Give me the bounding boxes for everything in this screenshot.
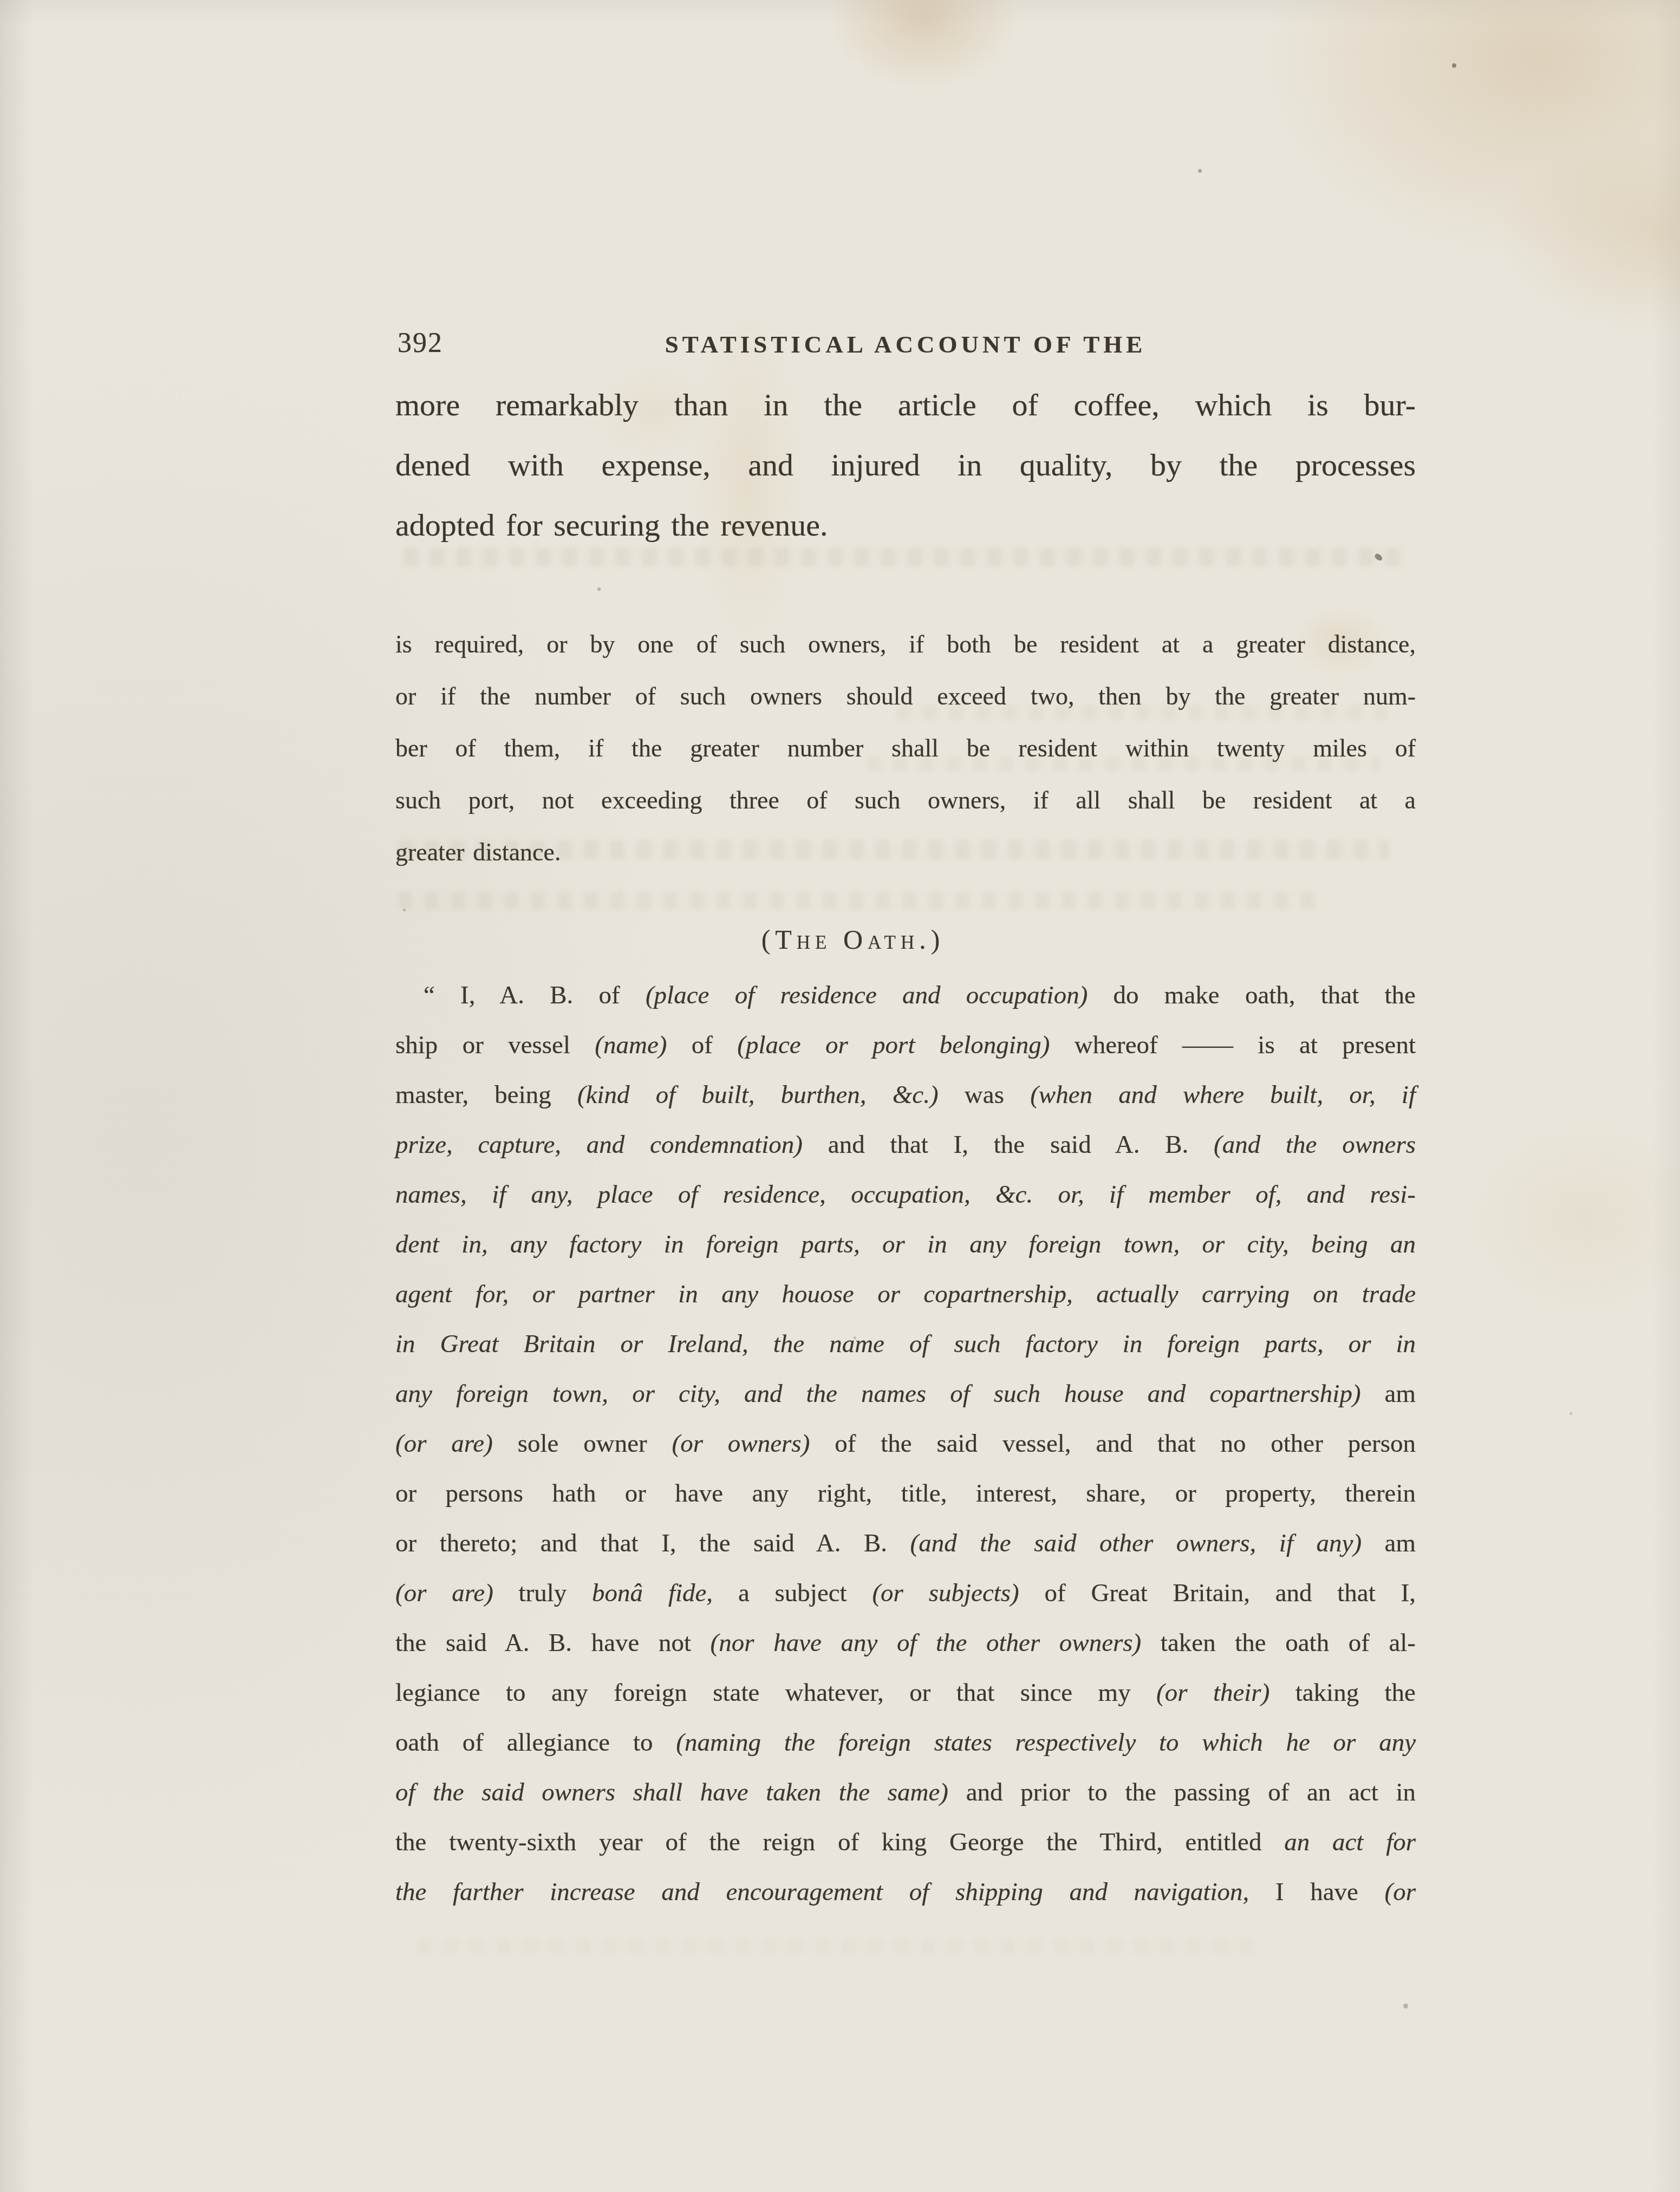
text-line: agent for, or partner in any houose or c… (395, 1269, 1416, 1319)
text-segment: (when and where built, or, if (1030, 1081, 1416, 1109)
text-segment: more remarkably than in the article of c… (395, 387, 1416, 422)
text-line: greater distance. (395, 826, 1416, 878)
text-segment: the twenty-sixth year of the reign of ki… (395, 1828, 1284, 1856)
text-line: master, being (kind of built, burthen, &… (395, 1070, 1416, 1120)
text-segment: any foreign town, or city, and the names… (395, 1380, 1361, 1408)
text-segment: “ I, A. B. of (424, 981, 646, 1009)
text-segment: the said A. B. have not (395, 1629, 711, 1657)
ink-speck (403, 909, 406, 911)
text-segment: (or subjects) (872, 1579, 1019, 1607)
text-segment: or thereto; and that I, the said A. B. (395, 1529, 910, 1557)
text-segment: of (667, 1031, 737, 1059)
text-segment: in Great Britain or Ireland, the name of… (395, 1330, 1416, 1358)
text-segment: adopted for securing the revenue. (395, 507, 828, 543)
text-line: ship or vessel (name) of (place or port … (395, 1020, 1416, 1070)
ink-speck (1198, 169, 1202, 173)
text-line: the said A. B. have not (nor have any of… (395, 1618, 1416, 1668)
text-line: dent in, any factory in foreign parts, o… (395, 1219, 1416, 1269)
text-segment: (and the said other owners, if any) (910, 1529, 1362, 1557)
text-line: the twenty-sixth year of the reign of ki… (395, 1817, 1416, 1867)
text-segment: of Great Britain, and that I, (1019, 1579, 1416, 1607)
text-segment: the farther increase and encouragement o… (395, 1878, 1249, 1906)
text-segment: names, if any, place of residence, occup… (395, 1180, 1416, 1209)
text-line: any foreign town, or city, and the names… (395, 1369, 1416, 1419)
text-segment: dent in, any factory in foreign parts, o… (395, 1230, 1416, 1258)
text-segment: was (939, 1081, 1031, 1109)
text-line: in Great Britain or Ireland, the name of… (395, 1319, 1416, 1369)
text-segment: a subject (713, 1579, 872, 1607)
text-segment: agent for, or partner in any houose or c… (395, 1280, 1416, 1308)
text-segment: ship or vessel (395, 1031, 595, 1059)
text-line: legiance to any foreign state whatever, … (395, 1668, 1416, 1718)
text-segment: (or owners) (672, 1430, 810, 1458)
text-segment: of the said vessel, and that no other pe… (810, 1430, 1416, 1458)
text-line: dened with expense, and injured in quali… (395, 435, 1416, 495)
text-segment: am (1361, 1380, 1416, 1408)
text-segment: or if the number of such owners should e… (395, 682, 1416, 710)
bleed-through-ghost (417, 1939, 1256, 1954)
text-segment: do make oath, that the (1088, 981, 1416, 1009)
text-segment: oath of allegiance to (395, 1728, 676, 1757)
text-segment: legiance to any foreign state whatever, … (395, 1679, 1156, 1707)
text-segment: am (1362, 1529, 1416, 1557)
book-page: 392 STATISTICAL ACCOUNT OF THE more rema… (0, 0, 1680, 2192)
text-line: adopted for securing the revenue. (395, 495, 1416, 555)
text-segment: (and the owners (1214, 1131, 1416, 1159)
text-line: more remarkably than in the article of c… (395, 375, 1416, 435)
text-segment: (name) (595, 1031, 667, 1059)
intro-paragraph: more remarkably than in the article of c… (395, 375, 1416, 555)
text-segment: and that I, the said A. B. (803, 1131, 1214, 1159)
text-segment: (or are) (395, 1579, 493, 1607)
text-segment: taken the oath of al- (1141, 1629, 1416, 1657)
text-segment: of the said owners shall have taken the … (395, 1778, 948, 1806)
text-segment: (place of residence and occupation) (646, 981, 1088, 1009)
text-line: ber of them, if the greater number shall… (395, 722, 1416, 774)
text-segment: (place or port belonging) (737, 1031, 1050, 1059)
text-line: prize, capture, and condemnation) and th… (395, 1120, 1416, 1170)
text-line: oath of allegiance to (naming the foreig… (395, 1718, 1416, 1767)
text-segment: ber of them, if the greater number shall… (395, 734, 1416, 762)
text-segment: I have (1249, 1878, 1384, 1906)
ink-speck (1403, 2004, 1408, 2008)
text-line: “ I, A. B. of (place of residence and oc… (395, 970, 1416, 1020)
oath-paragraph: “ I, A. B. of (place of residence and oc… (395, 970, 1416, 1917)
text-segment: (or (1385, 1878, 1416, 1906)
ink-speck (1570, 1412, 1572, 1415)
running-header: STATISTICAL ACCOUNT OF THE (395, 330, 1416, 358)
text-line: or persons hath or have any right, title… (395, 1469, 1416, 1518)
text-line: (or are) truly bonâ fide, a subject (or … (395, 1568, 1416, 1618)
ink-speck (1452, 63, 1456, 68)
page-header: 392 STATISTICAL ACCOUNT OF THE (395, 327, 1416, 365)
statute-paragraph: is required, or by one of such owners, i… (395, 618, 1416, 878)
text-segment: sole owner (493, 1430, 672, 1458)
text-line: such port, not exceeding three of such o… (395, 774, 1416, 826)
bleed-through-ghost (398, 891, 1319, 910)
oath-heading: (The Oath.) (395, 924, 1311, 955)
text-segment: greater distance. (395, 838, 561, 866)
text-segment: is required, or by one of such owners, i… (395, 630, 1416, 658)
text-segment: (kind of built, burthen, &c.) (577, 1081, 939, 1109)
text-segment: (or are) (395, 1430, 493, 1458)
text-segment: (nor have any of the other owners) (711, 1629, 1142, 1657)
text-segment: such port, not exceeding three of such o… (395, 786, 1416, 814)
ink-speck (597, 588, 601, 591)
text-segment: an act for (1284, 1828, 1416, 1856)
text-line: of the said owners shall have taken the … (395, 1767, 1416, 1817)
text-segment: truly (493, 1579, 592, 1607)
text-line: (or are) sole owner (or owners) of the s… (395, 1419, 1416, 1469)
text-line: names, if any, place of residence, occup… (395, 1170, 1416, 1219)
text-segment: (or their) (1156, 1679, 1269, 1707)
text-segment: master, being (395, 1081, 577, 1109)
text-segment: taking the (1269, 1679, 1416, 1707)
text-segment: dened with expense, and injured in quali… (395, 447, 1416, 482)
text-segment: prize, capture, and condemnation) (395, 1131, 803, 1159)
text-line: is required, or by one of such owners, i… (395, 618, 1416, 670)
text-segment: bonâ fide, (592, 1579, 713, 1607)
text-segment: (naming the foreign states respectively … (676, 1728, 1416, 1757)
text-segment: or persons hath or have any right, title… (395, 1479, 1416, 1508)
text-line: the farther increase and encouragement o… (395, 1867, 1416, 1917)
text-segment: whereof —— is at present (1050, 1031, 1416, 1059)
text-line: or if the number of such owners should e… (395, 670, 1416, 722)
text-line: or thereto; and that I, the said A. B. (… (395, 1518, 1416, 1568)
text-segment: and prior to the passing of an act in (948, 1778, 1416, 1806)
